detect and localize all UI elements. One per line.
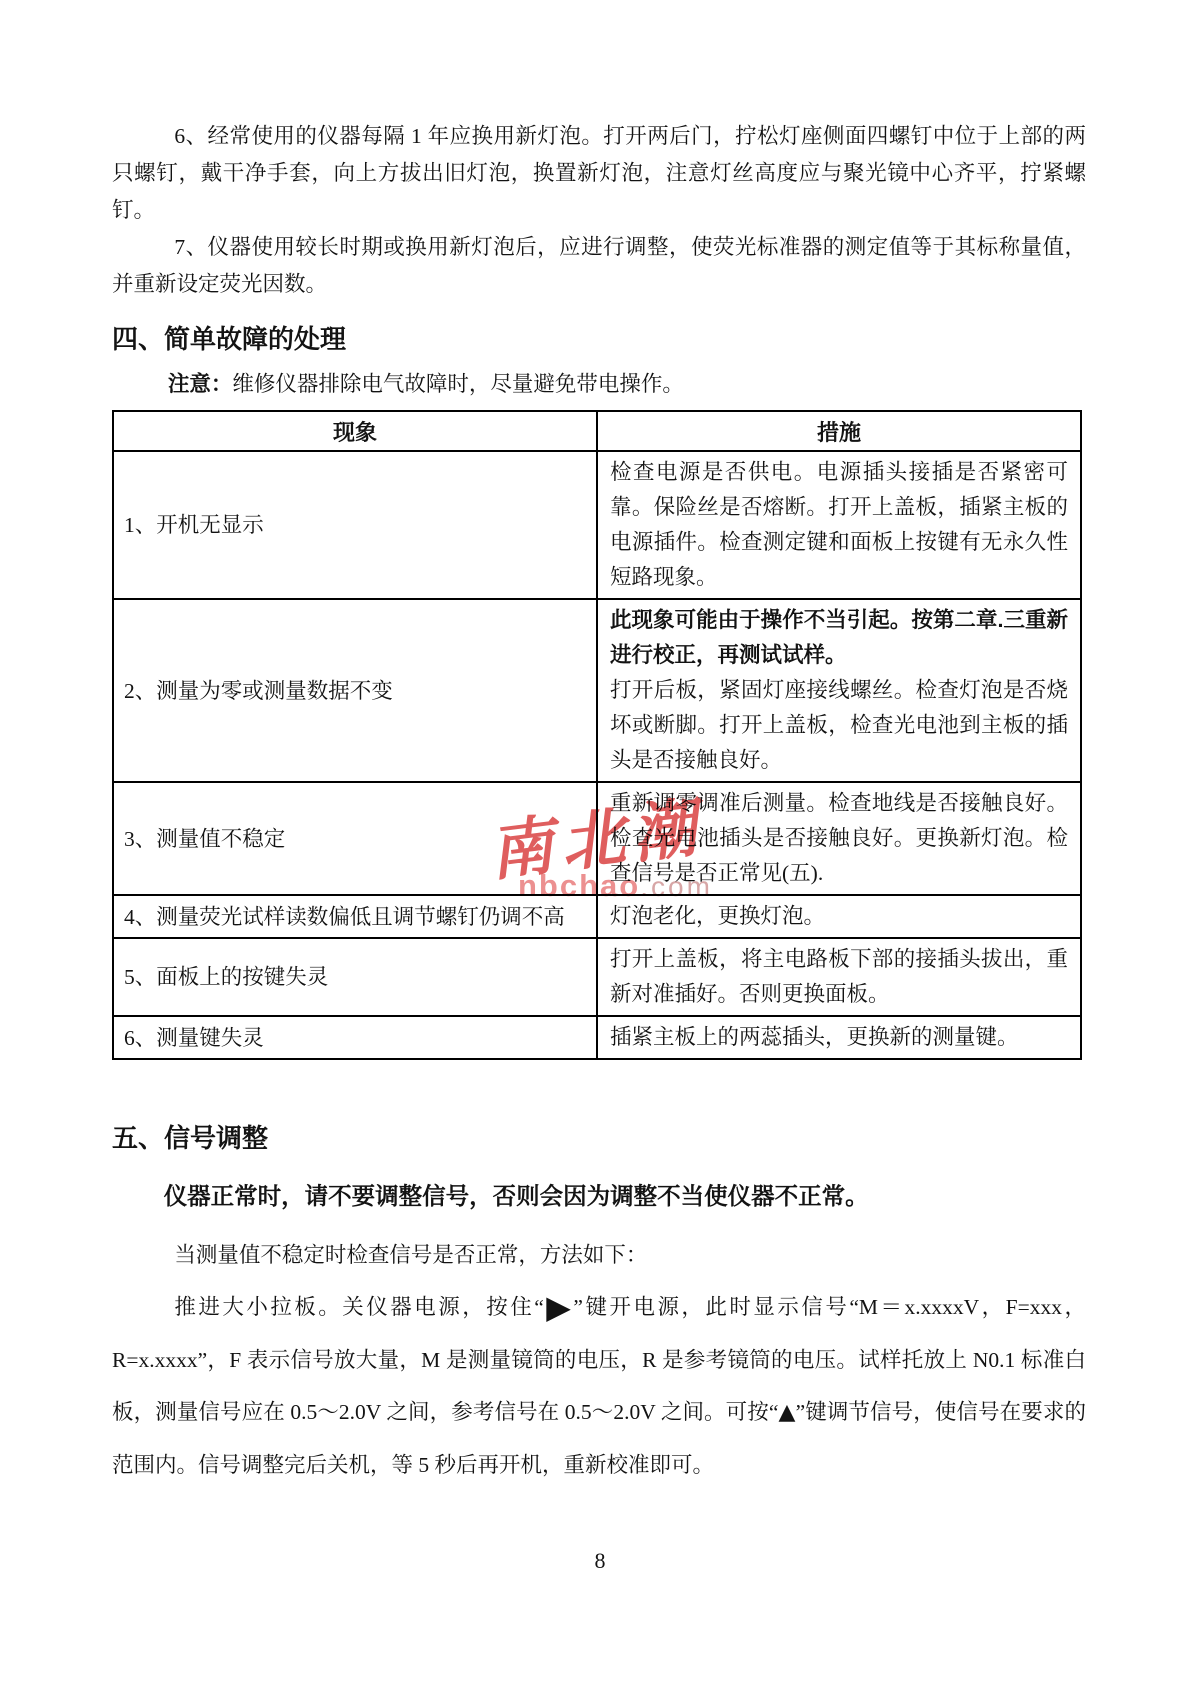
- play-triangle-icon: ▶: [544, 1288, 574, 1326]
- column-header-phenomenon: 现象: [113, 411, 597, 451]
- measure-cell: 重新调零调准后测量。检查地线是否接触良好。检查光电池插头是否接触良好。更换新灯泡…: [597, 782, 1081, 895]
- measure-cell: 此现象可能由于操作不当引起。按第二章.三重新进行校正，再测试试样。打开后板，紧固…: [597, 599, 1081, 782]
- column-header-measure: 措施: [597, 411, 1081, 451]
- signal-steps: 推进大小拉板。关仪器电源，按住“▶”键开电源，此时显示信号“M＝x.xxxxV，…: [112, 1281, 1086, 1491]
- table-row: 1、开机无显示 检查电源是否供电。电源插头接插是否紧密可靠。保险丝是否熔断。打开…: [113, 451, 1081, 599]
- table-row: 3、测量值不稳定 重新调零调准后测量。检查地线是否接触良好。检查光电池插头是否接…: [113, 782, 1081, 895]
- table-row: 4、测量荧光试样读数偏低且调节螺钉仍调不高 灯泡老化，更换灯泡。: [113, 895, 1081, 938]
- steps-text-1: 推进大小拉板。关仪器电源，按住“: [174, 1295, 543, 1319]
- section-5-heading: 五、信号调整: [112, 1118, 1086, 1155]
- maintenance-item-7: 7、仪器使用较长时期或换用新灯泡后，应进行调整，使荧光标准器的测定值等于其标称量…: [112, 229, 1086, 303]
- maintenance-item-6: 6、经常使用的仪器每隔 1 年应换用新灯泡。打开两后门，拧松灯座侧面四螺钉中位于…: [112, 118, 1086, 229]
- note-label: 注意：: [168, 372, 233, 396]
- measure-cell: 打开上盖板，将主电路板下部的接插头拔出，重新对准插好。否则更换面板。: [597, 938, 1081, 1016]
- phenomenon-cell: 2、测量为零或测量数据不变: [113, 599, 597, 782]
- phenomenon-cell: 5、面板上的按键失灵: [113, 938, 597, 1016]
- measure-bold-text: 此现象可能由于操作不当引起。按第二章.三重新进行校正，再测试试样。: [610, 603, 1068, 673]
- phenomenon-cell: 1、开机无显示: [113, 451, 597, 599]
- document-body: 6、经常使用的仪器每隔 1 年应换用新灯泡。打开两后门，拧松灯座侧面四螺钉中位于…: [112, 118, 1086, 1491]
- signal-warning: 仪器正常时，请不要调整信号，否则会因为调整不当使仪器不正常。: [112, 1179, 1086, 1213]
- up-triangle-icon: ▲: [778, 1400, 795, 1425]
- manual-page: 南北潮 nbchao.com 6、经常使用的仪器每隔 1 年应换用新灯泡。打开两…: [0, 0, 1200, 1695]
- measure-cell: 灯泡老化，更换灯泡。: [597, 895, 1081, 938]
- phenomenon-cell: 6、测量键失灵: [113, 1016, 597, 1059]
- measure-cell: 检查电源是否供电。电源插头接插是否紧密可靠。保险丝是否熔断。打开上盖板，插紧主板…: [597, 451, 1081, 599]
- measure-cell: 插紧主板上的两蕊插头，更换新的测量键。: [597, 1016, 1081, 1059]
- page-number: 8: [0, 1548, 1200, 1574]
- table-header-row: 现象 措施: [113, 411, 1081, 451]
- note-text: 维修仪器排除电气故障时，尽量避免带电操作。: [232, 372, 684, 396]
- table-row: 5、面板上的按键失灵 打开上盖板，将主电路板下部的接插头拔出，重新对准插好。否则…: [113, 938, 1081, 1016]
- table-row: 2、测量为零或测量数据不变 此现象可能由于操作不当引起。按第二章.三重新进行校正…: [113, 599, 1081, 782]
- table-row: 6、测量键失灵 插紧主板上的两蕊插头，更换新的测量键。: [113, 1016, 1081, 1059]
- measure-text: 打开后板，紧固灯座接线螺丝。检查灯泡是否烧坏或断脚。打开上盖板，检查光电池到主板…: [610, 678, 1068, 772]
- phenomenon-cell: 3、测量值不稳定: [113, 782, 597, 895]
- section-4-heading: 四、简单故障的处理: [112, 319, 1086, 356]
- section-4-note: 注意：维修仪器排除电气故障时，尽量避免带电操作。: [112, 368, 1086, 400]
- signal-intro: 当测量值不稳定时检查信号是否正常，方法如下：: [112, 1239, 1086, 1271]
- phenomenon-cell: 4、测量荧光试样读数偏低且调节螺钉仍调不高: [113, 895, 597, 938]
- fault-table: 现象 措施 1、开机无显示 检查电源是否供电。电源插头接插是否紧密可靠。保险丝是…: [112, 410, 1082, 1060]
